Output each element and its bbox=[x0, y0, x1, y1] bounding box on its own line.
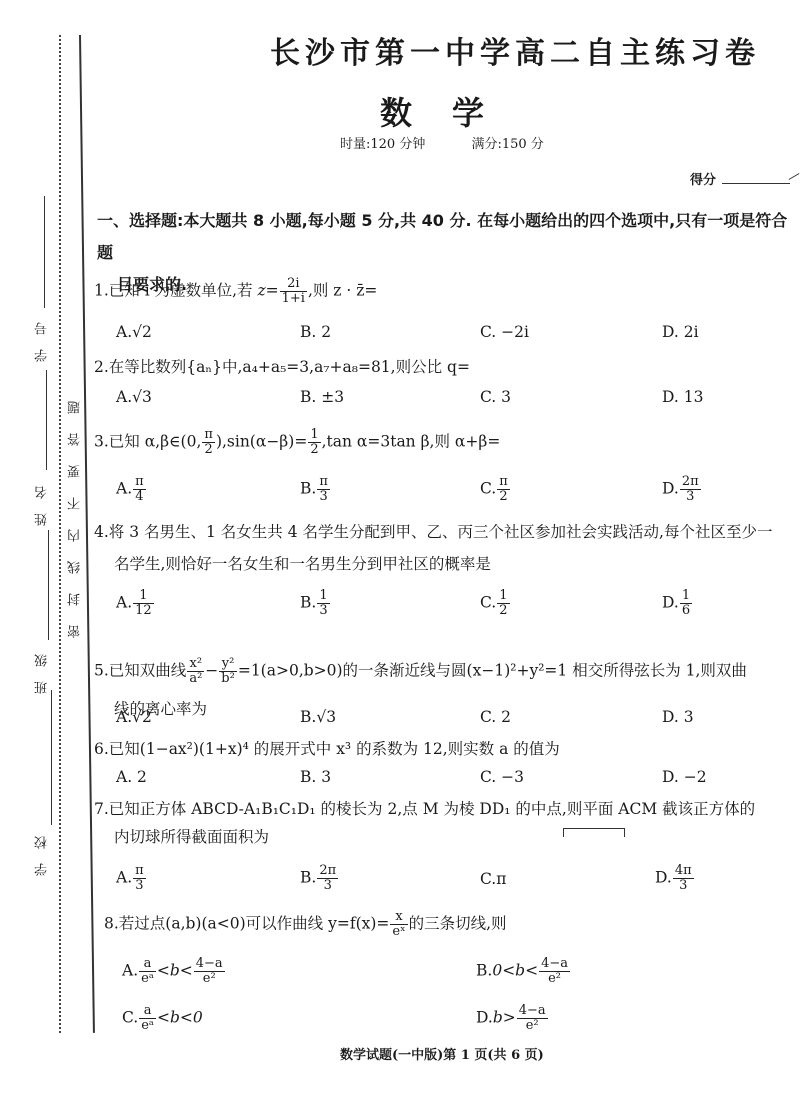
q8-option-c[interactable]: C.aeᵃ<b<0 bbox=[122, 1004, 203, 1033]
student-id-label: 学号 bbox=[33, 308, 52, 362]
score-line-tail bbox=[789, 173, 800, 180]
pencil-mark bbox=[563, 828, 625, 837]
q7-option-b[interactable]: B.2π3 bbox=[300, 864, 339, 893]
stem-text: 已知双曲线 bbox=[109, 662, 187, 680]
q8-option-a[interactable]: A.aeᵃ<b<4−ae² bbox=[122, 957, 226, 986]
stem-text: 的三条切线,则 bbox=[409, 915, 507, 933]
question-7: 7.已知正方体 ABCD-A₁B₁C₁D₁ 的棱长为 2,点 M 为棱 DD₁ … bbox=[94, 798, 755, 848]
q3-option-d[interactable]: D.2π3 bbox=[662, 475, 702, 504]
q3-option-c[interactable]: C.π2 bbox=[480, 475, 511, 504]
q1-option-d[interactable]: D. 2i bbox=[662, 323, 699, 341]
class-underline bbox=[48, 530, 49, 640]
q4-option-d[interactable]: D.16 bbox=[662, 589, 693, 618]
school-label: 学校 bbox=[33, 822, 52, 876]
q5-option-c[interactable]: C. 2 bbox=[480, 708, 511, 726]
q7-option-c[interactable]: C.π bbox=[480, 870, 506, 888]
page-footer: 数学试题(一中版)第 1 页(共 6 页) bbox=[340, 1044, 544, 1063]
fraction: y²b² bbox=[219, 657, 237, 686]
question-number: 4. bbox=[94, 523, 109, 541]
stem-text: 已知(1−ax²)(1+x)⁴ 的展开式中 x³ 的系数为 12,则实数 a 的… bbox=[109, 740, 560, 758]
question-4: 4.将 3 名男生、1 名女生共 4 名学生分配到甲、乙、丙三个社区参加社会实践… bbox=[94, 521, 772, 575]
question-number: 1. bbox=[94, 282, 109, 300]
q1-option-b[interactable]: B. 2 bbox=[300, 323, 331, 341]
stem-text: 在等比数列{aₙ}中,a₄+a₅=3,a₇+a₈=81,则公比 q= bbox=[109, 358, 470, 376]
q8-option-d[interactable]: D.b>4−ae² bbox=[476, 1004, 549, 1033]
fraction: 12 bbox=[308, 428, 320, 457]
fraction: 2i1+i bbox=[280, 277, 307, 306]
q4-option-b[interactable]: B.13 bbox=[300, 589, 331, 618]
stem-text: 已知 α,β∈(0, bbox=[109, 433, 202, 451]
school-underline bbox=[51, 690, 52, 825]
question-number: 3. bbox=[94, 433, 109, 451]
score-field[interactable] bbox=[722, 183, 790, 184]
stem-text-cont: 名学生,则恰好一名女生和一名男生分到甲社区的概率是 bbox=[94, 553, 772, 575]
class-label: 班级 bbox=[33, 640, 52, 694]
question-3: 3.已知 α,β∈(0,π2),sin(α−β)=12,tan α=3tan β… bbox=[94, 428, 500, 457]
student-id-underline bbox=[44, 196, 45, 308]
subject-title: 数学 bbox=[380, 88, 524, 134]
stem-text: 已知 i 为虚数单位,若 bbox=[109, 282, 258, 300]
name-underline bbox=[46, 370, 47, 470]
stem-math: z= bbox=[257, 282, 278, 300]
q2-option-d[interactable]: D. 13 bbox=[662, 388, 703, 406]
time-limit: 时量:120 分钟 bbox=[340, 137, 425, 152]
q5-option-d[interactable]: D. 3 bbox=[662, 708, 694, 726]
fraction: x²a² bbox=[187, 657, 204, 686]
full-score: 满分:150 分 bbox=[471, 137, 543, 152]
seal-dotted-line bbox=[59, 35, 61, 1033]
question-6: 6.已知(1−ax²)(1+x)⁴ 的展开式中 x³ 的系数为 12,则实数 a… bbox=[94, 738, 560, 760]
q6-option-d[interactable]: D. −2 bbox=[662, 768, 707, 786]
question-number: 6. bbox=[94, 740, 109, 758]
q7-option-a[interactable]: A.π3 bbox=[116, 864, 147, 893]
q1-option-a[interactable]: A.√2 bbox=[116, 323, 152, 341]
q2-option-b[interactable]: B. ±3 bbox=[300, 388, 344, 406]
stem-text-cont: 内切球所得截面面积为 bbox=[94, 826, 755, 848]
question-2: 2.在等比数列{aₙ}中,a₄+a₅=3,a₇+a₈=81,则公比 q= bbox=[94, 356, 470, 378]
question-8: 8.若过点(a,b)(a<0)可以作曲线 y=f(x)=xeˣ的三条切线,则 bbox=[104, 910, 507, 939]
stem-text: 若过点(a,b)(a<0)可以作曲线 y=f(x)= bbox=[119, 915, 390, 933]
q4-option-c[interactable]: C.12 bbox=[480, 589, 511, 618]
q5-option-b[interactable]: B.√3 bbox=[300, 708, 336, 726]
name-label: 姓名 bbox=[33, 472, 52, 526]
q6-option-c[interactable]: C. −3 bbox=[480, 768, 524, 786]
exam-meta: 时量:120 分钟 满分:150 分 bbox=[340, 133, 586, 152]
stem-text: ,tan α=3tan β,则 α+β= bbox=[322, 433, 501, 451]
stem-text: =1(a>0,b>0)的一条渐近线与圆(x−1)²+y²=1 相交所得弦长为 1… bbox=[238, 662, 747, 680]
q7-option-d[interactable]: D.4π3 bbox=[655, 864, 695, 893]
q8-option-b[interactable]: B.0<b<4−ae² bbox=[476, 957, 571, 986]
question-number: 2. bbox=[94, 358, 109, 376]
q6-option-a[interactable]: A. 2 bbox=[116, 768, 147, 786]
question-number: 5. bbox=[94, 662, 109, 680]
q2-option-c[interactable]: C. 3 bbox=[480, 388, 511, 406]
q2-option-a[interactable]: A.√3 bbox=[116, 388, 152, 406]
q6-option-b[interactable]: B. 3 bbox=[300, 768, 331, 786]
stem-text: − bbox=[205, 662, 218, 680]
question-5: 5.已知双曲线x²a²−y²b²=1(a>0,b>0)的一条渐近线与圆(x−1)… bbox=[94, 657, 747, 720]
fraction: xeˣ bbox=[390, 910, 407, 939]
question-number: 7. bbox=[94, 800, 109, 818]
section-instructions-line1: 一、选择题:本大题共 8 小题,每小题 5 分,共 40 分. 在每小题给出的四… bbox=[97, 205, 797, 269]
stem-text-cont: 线的离心率为 bbox=[94, 698, 747, 720]
exam-title: 长沙市第一中学高二自主练习卷 bbox=[270, 28, 650, 72]
q5-option-a[interactable]: A.√2 bbox=[116, 708, 152, 726]
question-number: 8. bbox=[104, 915, 119, 933]
q4-option-a[interactable]: A.112 bbox=[116, 589, 155, 618]
q3-option-a[interactable]: A.π4 bbox=[116, 475, 147, 504]
stem-text: ,则 z · z̄= bbox=[308, 282, 377, 300]
stem-text: 将 3 名男生、1 名女生共 4 名学生分配到甲、乙、丙三个社区参加社会实践活动… bbox=[109, 523, 773, 541]
question-1: 1.已知 i 为虚数单位,若 z=2i1+i,则 z · z̄= bbox=[94, 277, 377, 306]
score-label: 得分 bbox=[690, 169, 716, 188]
stem-text: 已知正方体 ABCD-A₁B₁C₁D₁ 的棱长为 2,点 M 为棱 DD₁ 的中… bbox=[109, 800, 755, 818]
q1-option-c[interactable]: C. −2i bbox=[480, 323, 529, 341]
seal-notice: 密封线内不要答题 bbox=[66, 382, 85, 638]
stem-text: ),sin(α−β)= bbox=[216, 433, 307, 451]
fraction: π2 bbox=[202, 428, 215, 457]
q3-option-b[interactable]: B.π3 bbox=[300, 475, 331, 504]
